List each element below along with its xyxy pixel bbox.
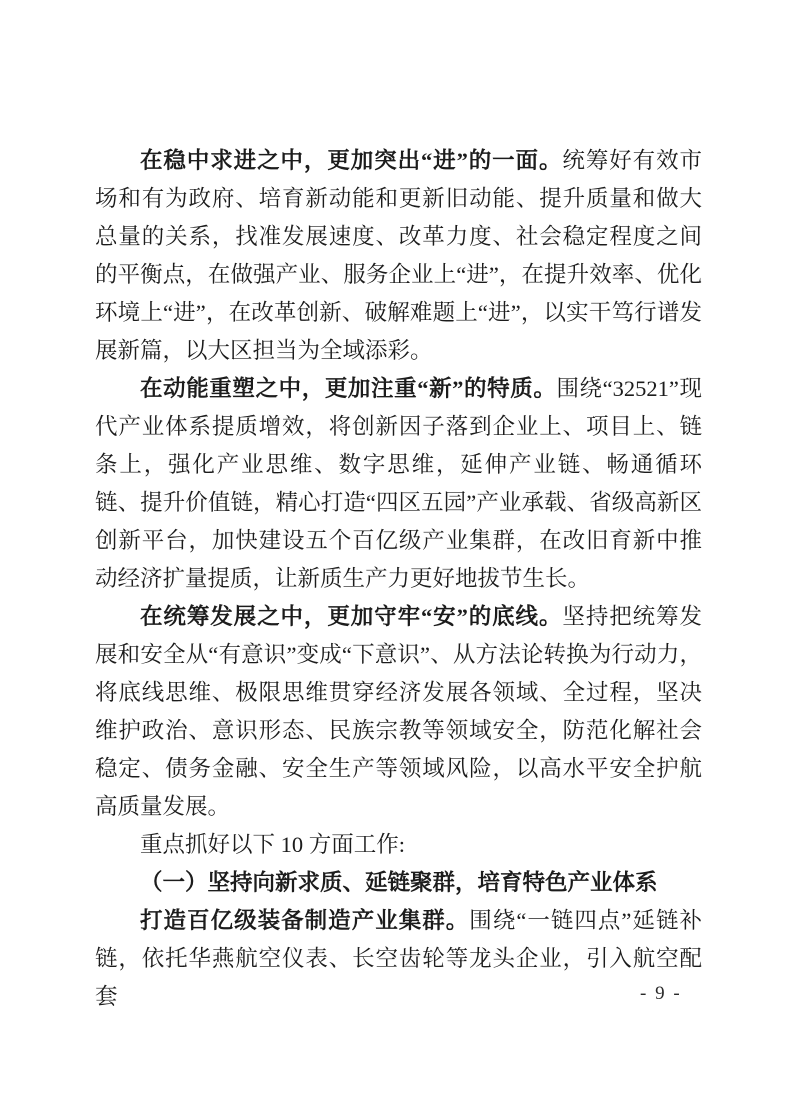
paragraph-text: 围绕“32521”现代产业体系提质增效，将创新因子落到企业上、项目上、链条上，强… — [95, 376, 702, 591]
paragraph-text: 坚持把统筹发展和安全从“有意识”变成“下意识”、从方法论转换为行动力，将底线思维… — [95, 604, 702, 819]
paragraph-equipment-cluster: 打造百亿级装备制造产业集群。围绕“一链四点”延链补链，依托华燕航空仪表、长空齿轮… — [95, 902, 702, 1016]
tasks-intro-line: 重点抓好以下 10 方面工作: — [95, 826, 702, 864]
section-heading-one: （一）坚持向新求质、延链聚群，培育特色产业体系 — [95, 864, 702, 902]
paragraph-text: 统筹好有效市场和有为政府、培育新动能和更新旧动能、提升质量和做大总量的关系，找准… — [95, 148, 702, 363]
paragraph-security-bottom-line: 在统筹发展之中，更加守牢“安”的底线。坚持把统筹发展和安全从“有意识”变成“下意… — [95, 598, 702, 826]
page-number: - 9 - — [640, 982, 682, 1006]
paragraph-lead: 打造百亿级装备制造产业集群。 — [140, 908, 469, 933]
paragraph-lead: 在统筹发展之中，更加守牢“安”的底线。 — [140, 604, 562, 629]
document-body: 在稳中求进之中，更加突出“进”的一面。统筹好有效市场和有为政府、培育新动能和更新… — [95, 142, 702, 1016]
paragraph-lead: 在稳中求进之中，更加突出“进”的一面。 — [140, 148, 562, 173]
document-page: 在稳中求进之中，更加突出“进”的一面。统筹好有效市场和有为政府、培育新动能和更新… — [0, 0, 792, 1120]
paragraph-new-momentum: 在动能重塑之中，更加注重“新”的特质。围绕“32521”现代产业体系提质增效，将… — [95, 370, 702, 598]
paragraph-stability-progress: 在稳中求进之中，更加突出“进”的一面。统筹好有效市场和有为政府、培育新动能和更新… — [95, 142, 702, 370]
paragraph-lead: 在动能重塑之中，更加注重“新”的特质。 — [140, 376, 556, 401]
